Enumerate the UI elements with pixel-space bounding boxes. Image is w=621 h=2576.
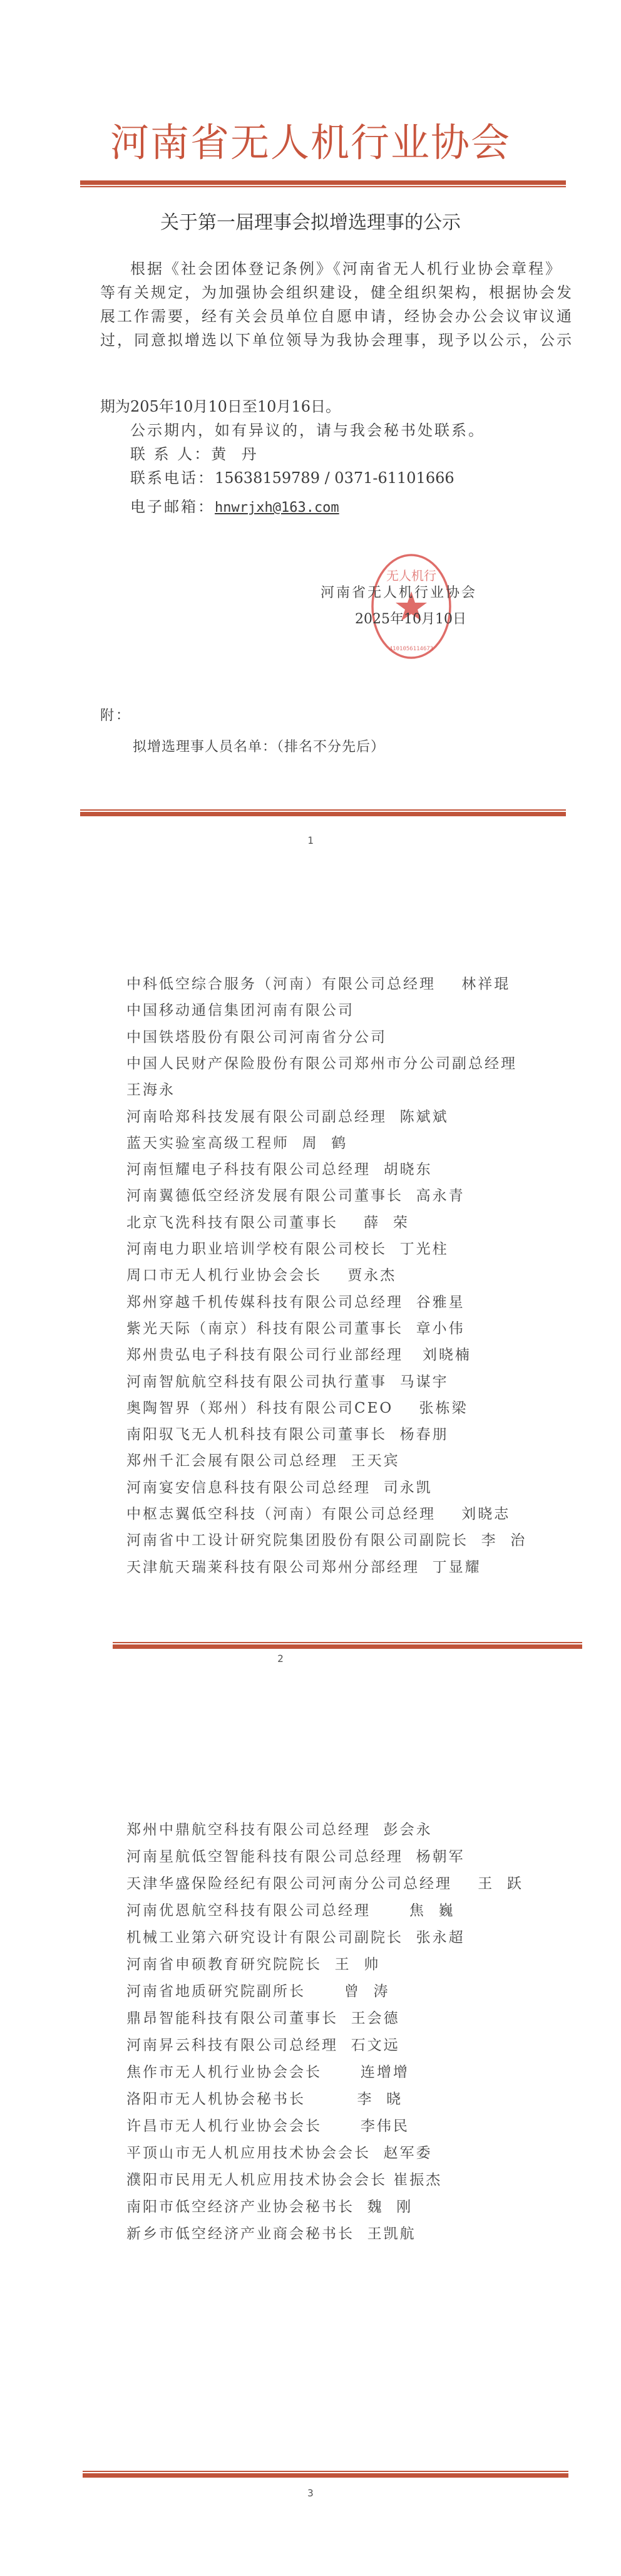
letterhead-red-rule xyxy=(80,180,566,188)
list-item: 北京飞洗科技有限公司董事长 薛 荣 xyxy=(126,1210,409,1236)
phone-row: 联系电话：15638159789 / 0371-61101666 xyxy=(130,466,454,490)
page-number: 2 xyxy=(0,1653,591,1665)
body-paragraph-line: 等有关规定，为加强协会组织建设，健全组织架构，根据协会发 xyxy=(100,281,573,304)
list-item: 中国人民财产保险股份有限公司郑州市分公司副总经理 xyxy=(126,1051,517,1077)
page-footer-rule xyxy=(83,2471,568,2478)
list-item: 河南优恩航空科技有限公司总经理 焦 巍 xyxy=(126,1898,455,1924)
body-paragraph-line: 过，同意拟增选以下单位领导为我协会理事，现予以公示，公示 xyxy=(100,328,573,352)
list-item: 紫光天际（南京）科技有限公司董事长 章小伟 xyxy=(126,1316,465,1342)
list-item: 郑州穿越千机传媒科技有限公司总经理 谷雅星 xyxy=(126,1289,465,1316)
phone-label: 联系电话： xyxy=(130,469,215,487)
list-item: 河南哈郑科技发展有限公司副总经理 陈斌斌 xyxy=(126,1104,449,1130)
list-item: 中科低空综合服务（河南）有限公司总经理 林祥琨 xyxy=(126,971,510,997)
email-label: 电子邮箱： xyxy=(130,498,215,516)
list-item: 新乡市低空经济产业商会秘书长 王凯航 xyxy=(126,2221,416,2247)
svg-text:无人机行: 无人机行 xyxy=(386,568,436,583)
body-paragraph-line: 根据《社会团体登记条例》《河南省无人机行业协会章程》 xyxy=(130,257,562,281)
list-item: 蓝天实验室高级工程师 周 鹤 xyxy=(126,1130,347,1156)
page-1: 河南省无人机行业协会 关于第一届理事会拟增选理事的公示 根据《社会团体登记条例》… xyxy=(0,0,621,865)
page-number: 1 xyxy=(0,834,621,846)
list-item: 河南翼德低空经济发展有限公司董事长 高永青 xyxy=(126,1183,465,1209)
list-item: 河南省中工设计研究院集团股份有限公司副院长 李 治 xyxy=(126,1527,526,1554)
list-item: 焦作市无人机行业协会会长 连增增 xyxy=(126,2059,409,2085)
document-title: 关于第一届理事会拟增选理事的公示 xyxy=(0,209,621,237)
body-paragraph-line: 期为205年10月10日至10月16日。 xyxy=(100,395,341,418)
list-item: 天津华盛保险经纪有限公司河南分公司总经理 王 跃 xyxy=(126,1871,523,1897)
phone-value: 15638159789 / 0371-61101666 xyxy=(215,469,454,487)
org-letterhead-title: 河南省无人机行业协会 xyxy=(0,113,621,173)
signature-organization: 河南省无人机行业协会 xyxy=(321,583,477,604)
list-item: 河南昇云科技有限公司总经理 石文远 xyxy=(126,2032,400,2059)
list-item: 河南省地质研究院副所长 曾 涛 xyxy=(126,1978,390,2005)
attachment-label: 附： xyxy=(100,704,131,728)
page-number: 3 xyxy=(0,2487,621,2499)
page-3: 郑州中鼎航空科技有限公司总经理 彭会永河南星航低空智能科技有限公司总经理 杨朝军… xyxy=(0,1691,621,2576)
list-item: 洛阳市无人机协会秘书长 李 晓 xyxy=(126,2086,403,2112)
list-item: 平顶山市无人机应用技术协会会长 赵军委 xyxy=(126,2140,433,2166)
list-item: 河南恒耀电子科技有限公司总经理 胡晓东 xyxy=(126,1156,433,1183)
list-item: 河南省申硕教育研究院院长 王 帅 xyxy=(126,1951,380,1978)
list-item: 王海永 xyxy=(126,1077,175,1103)
list-item: 中国移动通信集团河南有限公司 xyxy=(126,997,354,1024)
contact-person-row: 联 系 人：黄 丹 xyxy=(130,442,259,466)
list-item: 南阳驭飞无人机科技有限公司董事长 杨春朋 xyxy=(126,1421,449,1448)
list-item: 南阳市低空经济产业协会秘书长 魏 刚 xyxy=(126,2194,413,2220)
contact-person-label: 联 系 人： xyxy=(130,445,211,463)
list-item: 周口市无人机行业协会会长 贾永杰 xyxy=(126,1262,396,1289)
body-paragraph-line: 展工作需要，经有关会员单位自愿申请，经协会办公会议审议通 xyxy=(100,304,573,328)
list-item: 河南星航低空智能科技有限公司总经理 杨朝军 xyxy=(126,1844,465,1870)
svg-text:4101056114673: 4101056114673 xyxy=(389,646,433,652)
contact-person-name: 黄 丹 xyxy=(211,445,258,463)
list-item: 濮阳市民用无人机应用技术协会会长 崔振杰 xyxy=(126,2167,442,2193)
list-item: 许昌市无人机行业协会会长 李伟民 xyxy=(126,2113,409,2139)
page-2: 中科低空综合服务（河南）有限公司总经理 林祥琨中国移动通信集团河南有限公司中国铁… xyxy=(0,865,621,1691)
list-item: 河南宴安信息科技有限公司总经理 司永凯 xyxy=(126,1475,433,1501)
list-item: 天津航天瑞莱科技有限公司郑州分部经理 丁显耀 xyxy=(126,1554,481,1581)
list-item: 郑州中鼎航空科技有限公司总经理 彭会永 xyxy=(126,1817,433,1843)
email-link[interactable]: hnwrjxh@163.com xyxy=(215,500,339,516)
objection-note: 公示期内，如有异议的，请与我会秘书处联系。 xyxy=(130,418,485,442)
email-row: 电子邮箱：hnwrjxh@163.com xyxy=(130,495,339,520)
list-item: 郑州千汇会展有限公司总经理 王天宾 xyxy=(126,1448,400,1474)
page-footer-rule xyxy=(80,809,566,817)
page-footer-rule xyxy=(113,1642,582,1649)
list-item: 河南智航航空科技有限公司执行董事 马谋宇 xyxy=(126,1369,449,1395)
signature-date: 2025年10月10日 xyxy=(355,609,466,630)
list-item: 河南电力职业培训学校有限公司校长 丁光柱 xyxy=(126,1236,449,1262)
list-item: 中枢志翼低空科技（河南）有限公司总经理 刘晓志 xyxy=(126,1501,510,1527)
official-seal-stamp: 无人机行 4101056114673 xyxy=(370,553,453,660)
list-item: 中国铁塔股份有限公司河南省分公司 xyxy=(126,1024,387,1051)
attachment-list-title: 拟增选理事人员名单：（排名不分先后） xyxy=(133,735,385,759)
list-item: 奥陶智界（郑州）科技有限公司CEO 张栋梁 xyxy=(126,1395,468,1421)
list-item: 郑州贵弘电子科技有限公司行业部经理 刘晓楠 xyxy=(126,1342,471,1368)
list-item: 鼎昂智能科技有限公司董事长 王会德 xyxy=(126,2005,400,2032)
list-item: 机械工业第六研究设计有限公司副院长 张永超 xyxy=(126,1924,465,1951)
